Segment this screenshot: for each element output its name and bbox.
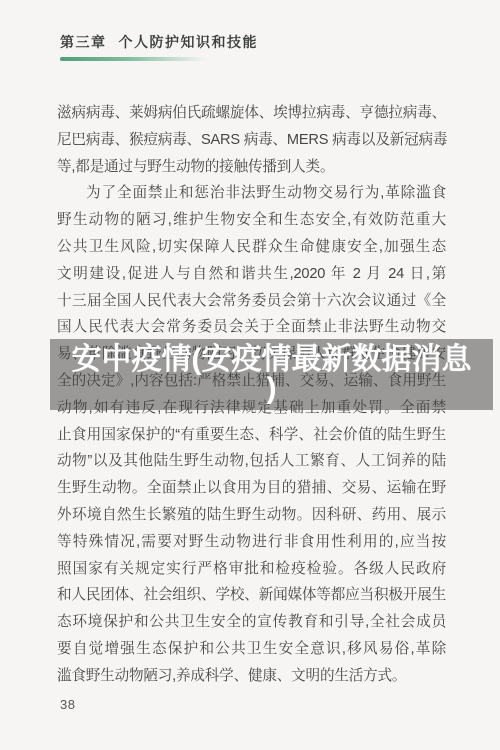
body-line: 等特殊情况,需要对野生动物进行非食用性利用的,应当按	[57, 529, 446, 556]
watermark-text-line2: )	[267, 376, 277, 406]
chapter-number: 第三章	[60, 34, 107, 50]
page-number: 38	[60, 697, 75, 712]
body-line: 外环境自然生长繁殖的陆生野生动物。因科研、药用、展示	[57, 502, 446, 529]
body-line: 要自觉增强生态保护和公共卫生安全意识,移风易俗,革除	[57, 636, 446, 663]
body-line: 滋病病毒、莱姆病伯氏疏螺旋体、埃博拉病毒、亨德拉病毒、	[57, 100, 446, 127]
body-line: 动物”以及其他陆生野生动物,包括人工繁育、人工饲养的陆	[57, 448, 446, 475]
body-line: 生野生动物。全面禁止以食用为目的猎捕、交易、运输在野	[57, 475, 446, 502]
document-page: 第三章个人防护知识和技能 滋病病毒、莱姆病伯氏疏螺旋体、埃博拉病毒、亨德拉病毒、…	[0, 0, 500, 750]
body-line: 为了全面禁止和惩治非法野生动物交易行为,革除滥食	[57, 180, 446, 207]
chapter-header: 第三章个人防护知识和技能	[60, 32, 258, 52]
body-line: 和人民团体、社会组织、学校、新闻媒体等都应当积极开展生	[57, 582, 446, 609]
body-line: 野生动物的陋习,维护生物安全和生态安全,有效防范重大	[57, 207, 446, 234]
green-underline-divider	[60, 57, 206, 61]
chapter-title: 个人防护知识和技能	[119, 34, 259, 50]
body-line: 照国家有关规定实行严格审批和检疫检验。各级人民政府	[57, 556, 446, 583]
body-line: 文明建设,促进人与自然和谐共生,2020 年 2 月 24 日,第	[57, 261, 446, 288]
body-line: 公共卫生风险,切实保障人民群众生命健康安全,加强生态	[57, 234, 446, 261]
body-line: 国人民代表大会常务委员会关于全面禁止非法野生动物交	[57, 314, 446, 341]
body-line: 止食用国家保护的“有重要生态、科学、社会价值的陆生野生	[57, 422, 446, 449]
body-line: 滥食野生动物陋习,养成科学、健康、文明的生活方式。	[57, 663, 446, 690]
body-line: 等,都是通过与野生动物的接触传播到人类。	[57, 154, 446, 181]
watermark-overlay: 安中疫情(安疫情最新数据消息 )	[50, 339, 493, 410]
body-line: 态环境保护和公共卫生安全的宣传教育和引导,全社会成员	[57, 609, 446, 636]
body-line: 十三届全国人民代表大会常务委员会第十六次会议通过《全	[57, 288, 446, 315]
body-line: 尼巴病毒、猴痘病毒、SARS 病毒、MERS 病毒以及新冠病毒	[57, 127, 446, 154]
